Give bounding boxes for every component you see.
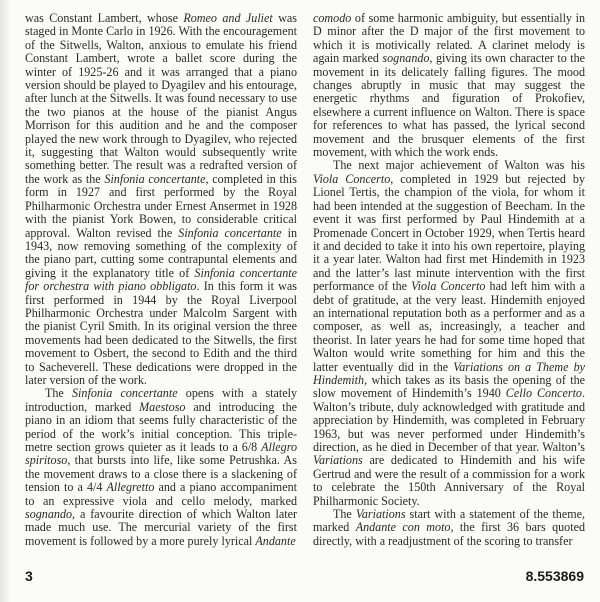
italic-title: Viola Concerto (313, 172, 390, 186)
italic-title: Sinfonia concertante (104, 172, 205, 186)
paragraph: The next major achievement of Walton was… (313, 159, 585, 508)
paragraph: comodo of some harmonic ambiguity, but e… (313, 12, 585, 159)
italic-title: comodo (313, 11, 351, 25)
italic-title: Maestoso (139, 400, 185, 414)
text-run: The next major achievement of Walton was… (333, 158, 585, 172)
text-run: , giving its own character to the moveme… (313, 51, 585, 159)
italic-title: Andante (255, 534, 295, 548)
right-column: comodo of some harmonic ambiguity, but e… (313, 12, 585, 548)
italic-title: Cello Concerto (506, 386, 582, 400)
italic-title: sognando (25, 507, 72, 521)
paragraph: was Constant Lambert, whose Romeo and Ju… (25, 12, 297, 387)
page-number: 3 (25, 568, 33, 584)
italic-title: sognando (382, 51, 429, 65)
left-column: was Constant Lambert, whose Romeo and Ju… (25, 12, 297, 548)
text-run: The (333, 507, 356, 521)
italic-title: Romeo and Juliet (183, 11, 272, 25)
text-run: The (45, 386, 72, 400)
paragraph: The Sinfonia concertante opens with a st… (25, 387, 297, 548)
italic-title: Sinfonia concertante (72, 386, 178, 400)
italic-title: Sinfonia concertante (178, 226, 281, 240)
paragraph: The Variations start with a statement of… (313, 508, 585, 548)
text-run: . In this form it was first performed in… (25, 279, 297, 387)
text-run: was Constant Lambert, whose (25, 11, 183, 25)
catalogue-number: 8.553869 (526, 568, 584, 584)
text-run: , completed in 1929 but rejected by Lion… (313, 172, 585, 293)
italic-title: Variations (356, 507, 406, 521)
italic-title: Variations (313, 453, 363, 467)
text-run: was staged in Monte Carlo in 1926. With … (25, 11, 297, 186)
page-binding-shadow (0, 0, 12, 602)
italic-title: Allegretto (106, 480, 154, 494)
italic-title: Viola Concerto (411, 279, 485, 293)
italic-title: Andante con moto (356, 520, 451, 534)
